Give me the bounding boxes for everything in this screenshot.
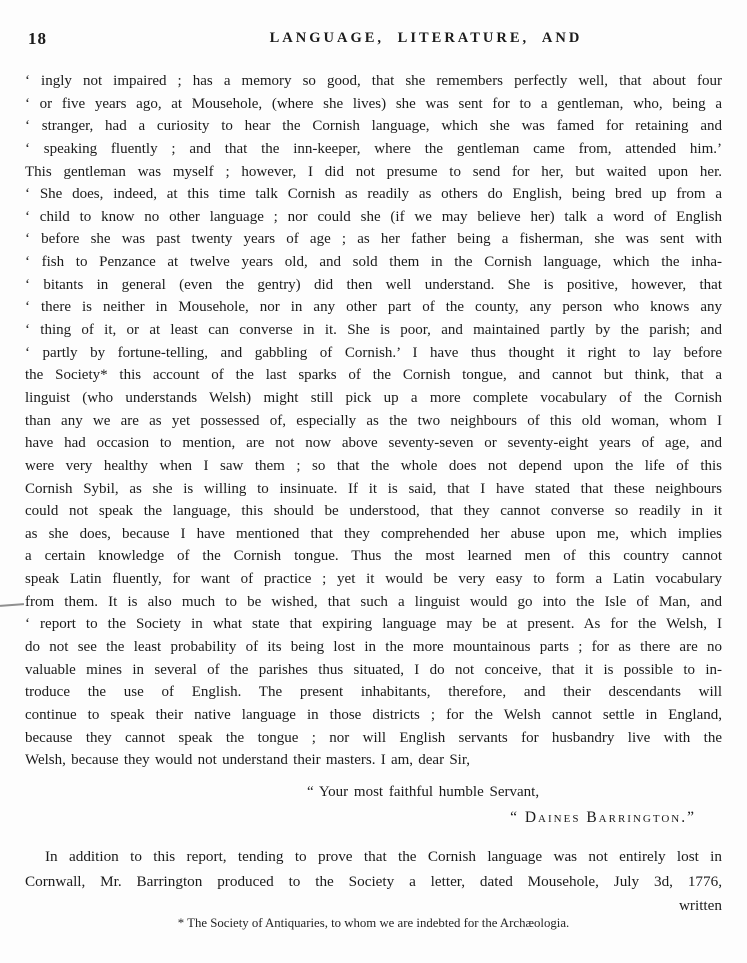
letter-body: ‘ ingly not impaired ; has a memory so g… (25, 70, 722, 830)
margin-mark-artifact (0, 603, 24, 607)
letter-line: because they cannot speak the tongue ; n… (25, 727, 722, 750)
catchword: written (25, 894, 722, 919)
letter-line: from them. It is also much to be wished,… (25, 591, 722, 614)
letter-line: have had occasion to mention, are not no… (25, 432, 722, 455)
letter-line: continue to speak their native language … (25, 704, 722, 727)
letter-line: ‘ thing of it, or at least can converse … (25, 319, 722, 342)
letter-line: than any we are as yet possessed of, esp… (25, 410, 722, 433)
letter-line: do not see the least probability of its … (25, 636, 722, 659)
letter-line: valuable mines in several of the parishe… (25, 659, 722, 682)
letter-line: were very healthy when I saw them ; so t… (25, 455, 722, 478)
letter-line: a certain knowledge of the Cornish tongu… (25, 545, 722, 568)
addendum-paragraph: In addition to this report, tending to p… (25, 845, 722, 919)
letter-line: ‘ before she was past twenty years of ag… (25, 228, 722, 251)
letter-line: ‘ ingly not impaired ; has a memory so g… (25, 70, 722, 93)
addendum-line: In addition to this report, tending to p… (25, 845, 722, 870)
letter-line: the Society* this account of the last sp… (25, 364, 722, 387)
addendum-line: Cornwall, Mr. Barrington produced to the… (25, 870, 722, 895)
letter-line: Cornish Sybil, as she is willing to insi… (25, 478, 722, 501)
letter-line: troduce the use of English. The present … (25, 681, 722, 704)
page-number: 18 (28, 29, 47, 49)
letter-line: ‘ or five years ago, at Mousehole, (wher… (25, 93, 722, 116)
letter-line: ‘ speaking fluently ; and that the inn-k… (25, 138, 722, 161)
letter-closing-line: Welsh, because they would not understand… (25, 749, 722, 772)
valediction: “ Your most faithful humble Servant, (25, 781, 722, 804)
signature: “ Daines Barrington.” (25, 807, 722, 830)
letter-line: could not speak the language, this shoul… (25, 500, 722, 523)
letter-line: ‘ there is neither in Mousehole, nor in … (25, 296, 722, 319)
letter-line: ‘ fish to Penzance at twelve years old, … (25, 251, 722, 274)
letter-line: linguist (who understands Welsh) might s… (25, 387, 722, 410)
running-header: 18 LANGUAGE, LITERATURE, AND (0, 28, 747, 52)
letter-line: ‘ partly by fortune-telling, and gabblin… (25, 342, 722, 365)
letter-line: ‘ child to know no other language ; nor … (25, 206, 722, 229)
letter-line: ‘ stranger, had a curiosity to hear the … (25, 115, 722, 138)
running-title: LANGUAGE, LITERATURE, AND (105, 30, 747, 47)
letter-line: This gentleman was myself ; however, I d… (25, 161, 722, 184)
book-page: 18 LANGUAGE, LITERATURE, AND ‘ ingly not… (0, 0, 747, 963)
letter-line: ‘ bitants in general (even the gentry) d… (25, 274, 722, 297)
letter-line: speak Latin fluently, for want of practi… (25, 568, 722, 591)
letter-line: as she does, because I have mentioned th… (25, 523, 722, 546)
footnote: * The Society of Antiquaries, to whom we… (0, 916, 747, 931)
letter-line: ‘ She does, indeed, at this time talk Co… (25, 183, 722, 206)
letter-line: ‘ report to the Society in what state th… (25, 613, 722, 636)
letter-lines: ‘ ingly not impaired ; has a memory so g… (25, 70, 722, 749)
